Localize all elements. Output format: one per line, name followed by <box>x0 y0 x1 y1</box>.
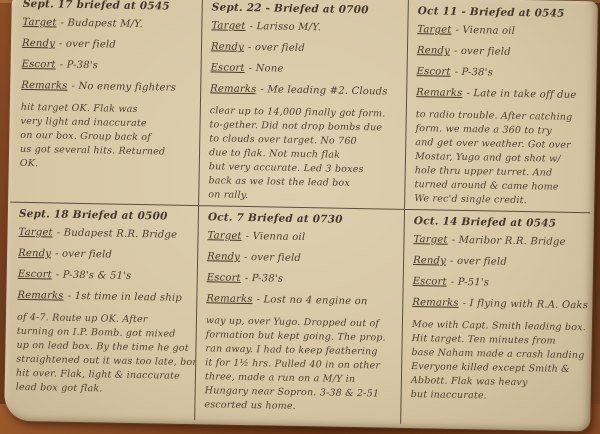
field-value: - I flying with R.A. Oaks <box>462 298 588 311</box>
notebook-photo: Sept. 17 briefed at 0545 Target- Budapes… <box>0 0 600 434</box>
field-value: - over field <box>454 46 511 58</box>
field-label: Rendy <box>18 248 51 260</box>
log-grid: Sept. 17 briefed at 0545 Target- Budapes… <box>6 0 594 427</box>
field-value: - Vienna oil <box>455 25 515 37</box>
field-value: - Budapest R.R. Bridge <box>57 228 178 241</box>
field-label: Remarks <box>206 293 252 305</box>
journal-page: Sept. 17 briefed at 0545 Target- Budapes… <box>4 0 598 431</box>
field-value: - Vienna oil <box>246 231 306 243</box>
field-value: - Budapest M/Y. <box>60 18 143 31</box>
field-value: - over field <box>450 256 507 268</box>
field-value: - Lost no 4 engine on <box>257 294 368 307</box>
field-label: Target <box>207 230 241 242</box>
log-entry-sept-17: Sept. 17 briefed at 0545 Target- Budapes… <box>10 0 202 205</box>
field-label: Target <box>18 227 52 239</box>
field-value: - Me leading #2. Clouds <box>260 84 387 97</box>
field-label: Target <box>211 20 245 32</box>
field-label: Target <box>413 234 447 246</box>
log-entry-oct-14: Oct. 14 Briefed at 0545 Target- Maribor … <box>400 209 590 427</box>
field-label: Target <box>22 17 56 29</box>
remark-line: We rec'd single credit. <box>414 192 586 209</box>
field-label: Escort <box>413 276 447 288</box>
field-label: Remarks <box>412 297 458 309</box>
log-entry-oct-11: Oct 11 - Briefed at 0545 Target- Vienna … <box>404 0 594 212</box>
field-value: - None <box>249 63 284 75</box>
field-value: - No enemy fighters <box>71 81 176 94</box>
field-value: - P-38's & 51's <box>56 270 132 282</box>
remark-line: on rally. <box>208 188 400 206</box>
field-label: Rendy <box>22 38 55 50</box>
field-value: - Larisso M/Y. <box>249 21 321 33</box>
field-label: Remarks <box>210 83 256 95</box>
field-label: Escort <box>22 59 56 71</box>
field-value: - over field <box>55 249 112 261</box>
field-value: - 1st time in lead ship <box>68 291 182 304</box>
field-label: Remarks <box>416 87 462 99</box>
field-value: - P-51's <box>451 277 490 289</box>
field-value: - Late in take off due <box>466 88 576 101</box>
remark-line: but inaccurate. <box>411 388 583 405</box>
remark-line: OK. <box>20 157 195 174</box>
field-value: - P-38's <box>60 60 99 72</box>
field-value: - P-38's <box>245 273 284 285</box>
field-value: - Maribor R.R. Bridge <box>452 235 566 248</box>
field-label: Escort <box>416 66 450 78</box>
field-value: - P-38's <box>455 67 494 79</box>
field-label: Escort <box>207 272 241 284</box>
field-label: Target <box>417 24 451 36</box>
field-value: - over field <box>59 39 116 51</box>
log-entry-sept-18: Sept. 18 Briefed at 0500 Target- Budapes… <box>6 202 198 420</box>
log-entry-sept-22: Sept. 22 - Briefed at 0700 Target- Laris… <box>198 0 408 209</box>
field-label: Remarks <box>17 290 63 302</box>
log-entry-oct-7: Oct. 7 Briefed at 0730 Target- Vienna oi… <box>194 205 404 424</box>
field-value: - over field <box>244 252 301 264</box>
field-label: Escort <box>18 269 52 281</box>
field-label: Remarks <box>21 80 67 92</box>
field-label: Rendy <box>211 41 244 53</box>
field-label: Escort <box>211 62 245 74</box>
field-label: Rendy <box>413 255 446 267</box>
field-label: Rendy <box>207 251 240 263</box>
field-label: Rendy <box>417 45 450 57</box>
field-value: - over field <box>248 42 305 54</box>
